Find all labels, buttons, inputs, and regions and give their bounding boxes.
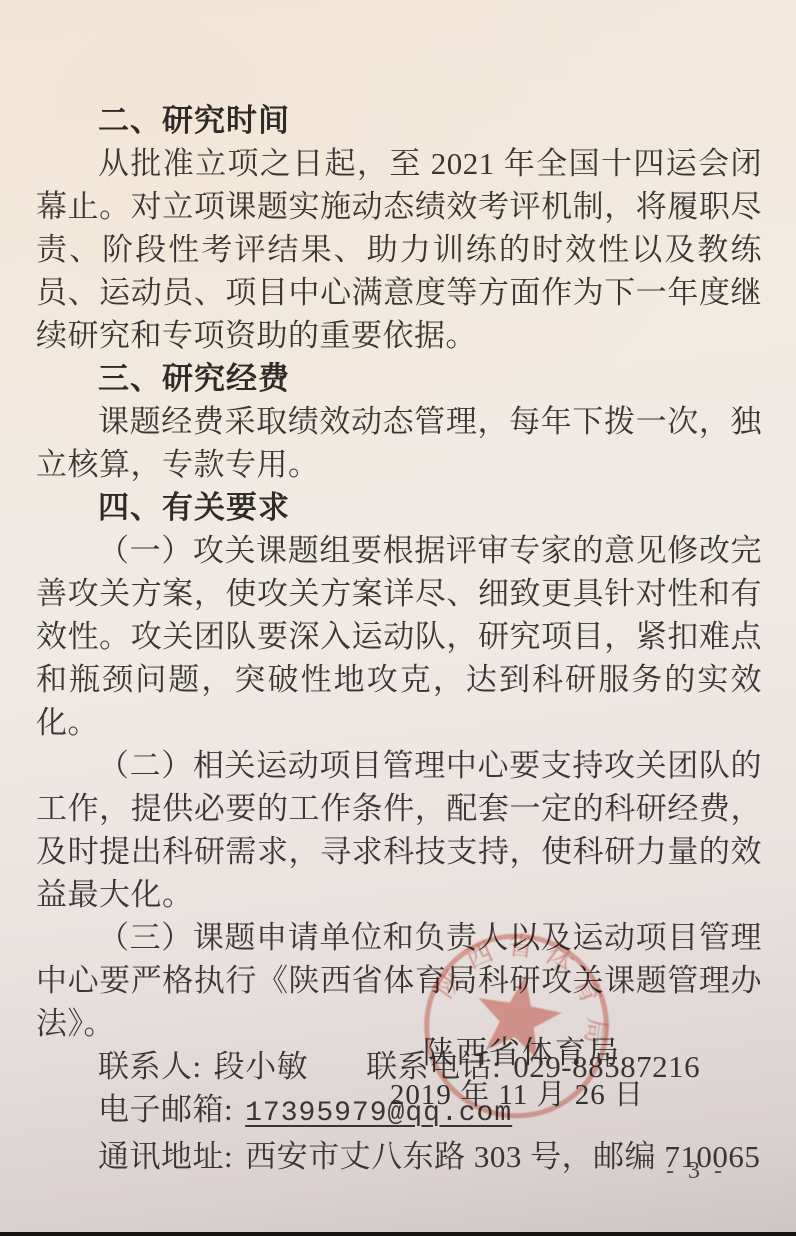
photo-bottom-edge (0, 1232, 796, 1236)
contact-address-row: 通讯地址:西安市丈八东路 303 号，邮编 710065 (36, 1135, 762, 1178)
contact-email-label: 电子邮箱: (98, 1092, 233, 1127)
scanned-document-page: 二、研究时间 从批准立项之日起，至 2021 年全国十四运会闭幕止。对立项课题实… (0, 0, 796, 1236)
section-heading-requirements: 四、有关要求 (36, 486, 762, 529)
contact-person-name: 段小敏 (214, 1049, 309, 1084)
contact-person-label: 联系人: (98, 1049, 202, 1084)
section-heading-research-time: 二、研究时间 (36, 99, 762, 142)
page-number: - 3 - (666, 1158, 726, 1185)
contact-address-label: 通讯地址: (98, 1139, 233, 1174)
paragraph-requirement-1: （一）攻关课题组要根据评审专家的意见修改完善攻关方案，使攻关方案详尽、细致更具针… (36, 529, 762, 744)
paragraph-research-funds: 课题经费采取绩效动态管理，每年下拨一次，独立核算，专款专用。 (36, 400, 762, 486)
signature-block: 陕西省体育局 2019 年 11 月 26 日 (390, 1032, 654, 1116)
paragraph-requirement-2: （二）相关运动项目管理中心要支持攻关团队的工作，提供必要的工作条件，配套一定的科… (36, 744, 762, 916)
signature-date: 2019 年 11 月 26 日 (390, 1074, 644, 1116)
document-body: 二、研究时间 从批准立项之日起，至 2021 年全国十四运会闭幕止。对立项课题实… (0, 0, 796, 1178)
signature-organization: 陕西省体育局 (390, 1032, 654, 1074)
section-heading-research-funds: 三、研究经费 (36, 357, 762, 400)
paragraph-requirement-3: （三）课题申请单位和负责人以及运动项目管理中心要严格执行《陕西省体育局科研攻关课… (36, 916, 762, 1045)
paragraph-research-time: 从批准立项之日起，至 2021 年全国十四运会闭幕止。对立项课题实施动态绩效考评… (36, 142, 762, 357)
